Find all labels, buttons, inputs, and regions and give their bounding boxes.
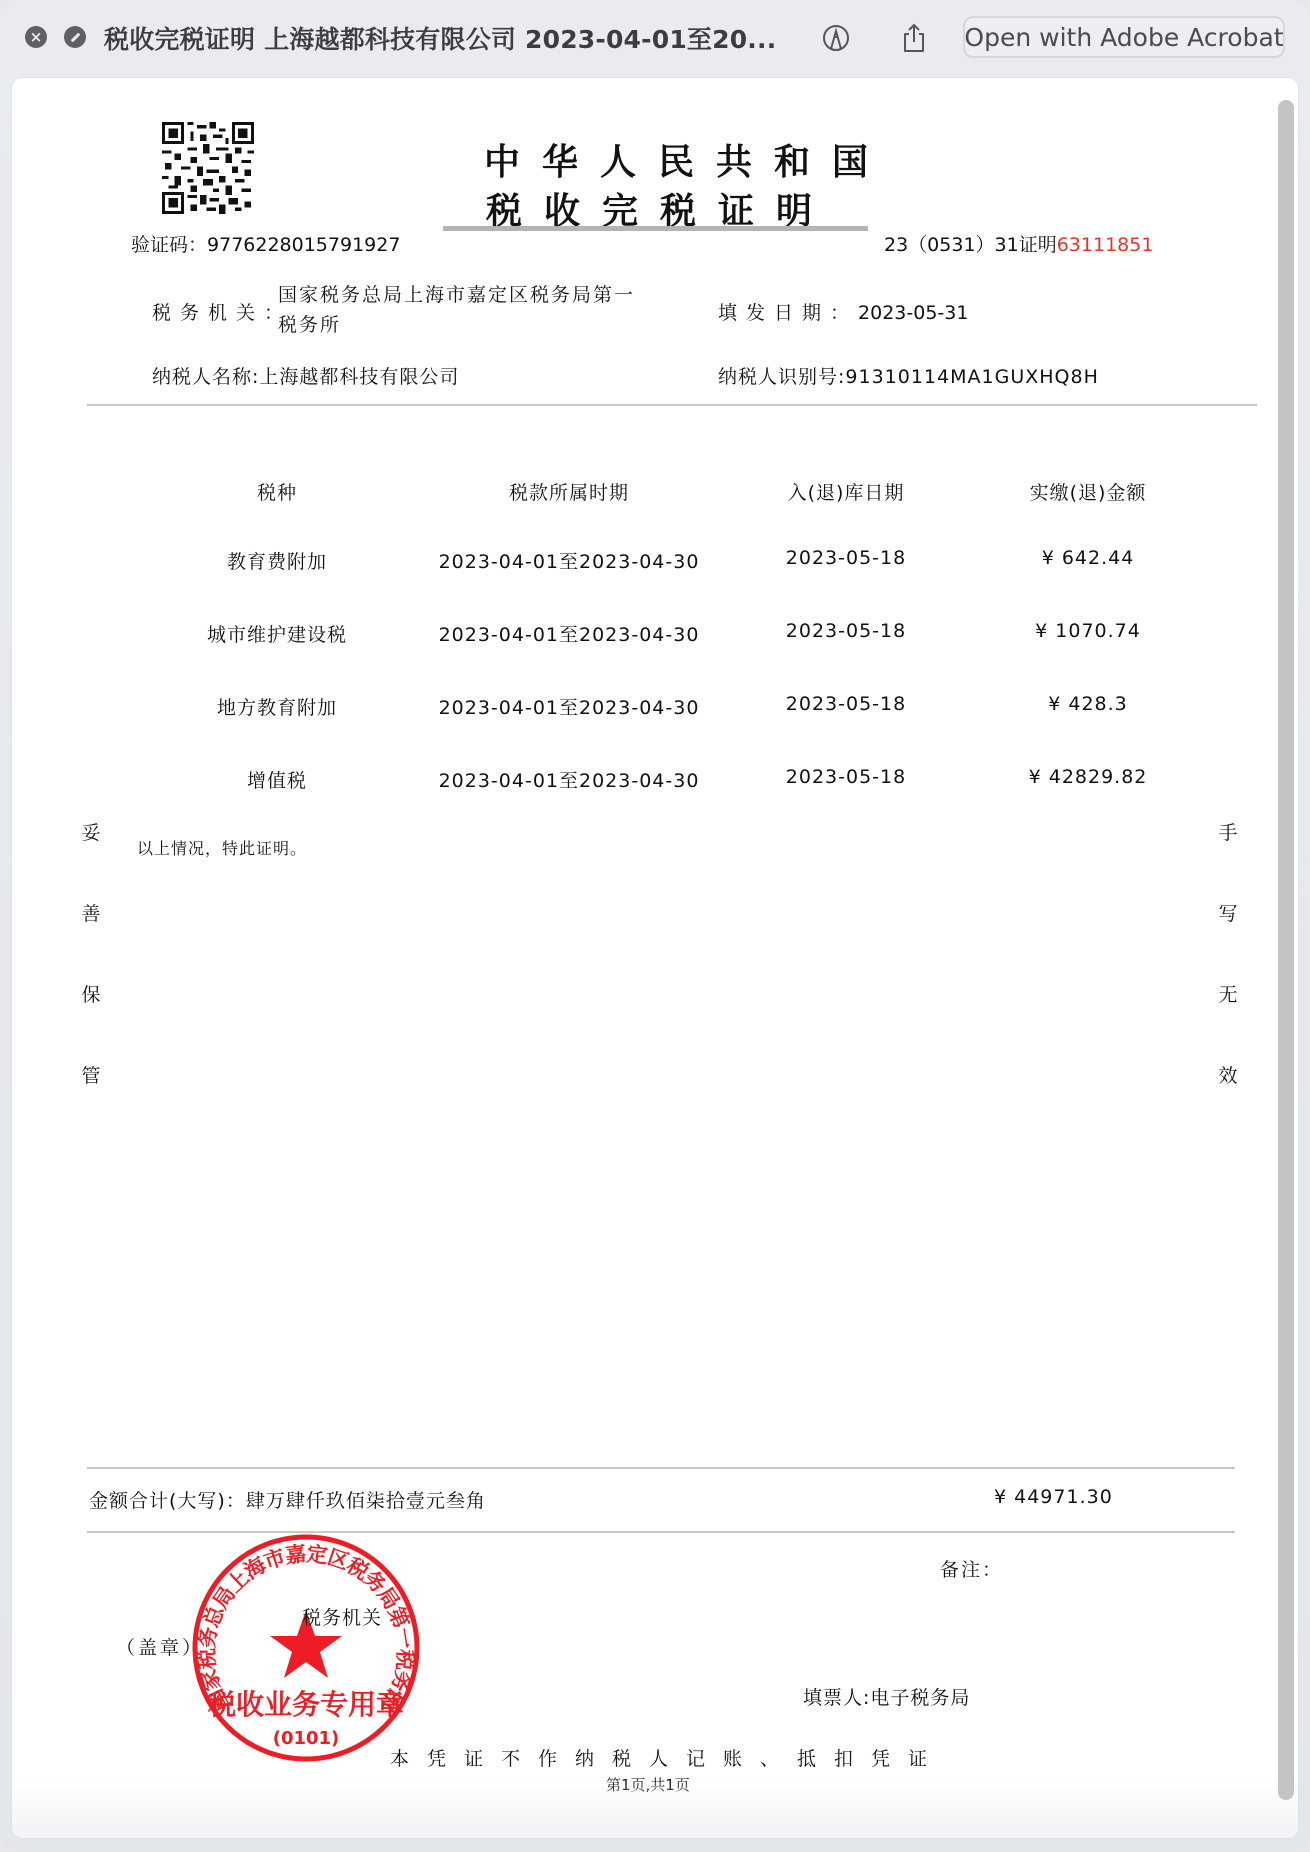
official-seal-stamp: 国家税务总局上海市嘉定区税务局第一税务所 税收业务专用章 (0101) [190, 1532, 422, 1764]
toolbar: × 税收完税证明 上海越都科技有限公司 2023-04-01至20... Ope… [0, 0, 1310, 76]
taxpayer-name-value: 上海越都科技有限公司 [259, 366, 459, 388]
taxpayer-name: 纳税人名称:上海越都科技有限公司 [152, 362, 459, 389]
verify-code: 验证码：9776228015791927 [131, 230, 400, 257]
side-char: 手 [1218, 818, 1237, 845]
taxpayer-name-label: 纳税人名称: [152, 366, 259, 388]
verify-value: 9776228015791927 [207, 234, 400, 256]
taxpayer-id-value: 91310114MA1GUXHQ8H [845, 366, 1098, 388]
taxpayer-id: 纳税人识别号:91310114MA1GUXHQ8H [718, 362, 1099, 389]
total-amount: ¥ 44971.30 [994, 1486, 1113, 1508]
table-cell-tax-period: 2023-04-01至2023-04-30 [439, 620, 700, 647]
table-cell-tax-type: 城市维护建设税 [207, 620, 347, 647]
table-cell-storage-date: 2023-05-18 [786, 693, 906, 715]
markup-icon[interactable] [820, 22, 852, 54]
verify-label: 验证码： [131, 234, 207, 256]
table-cell-tax-type: 地方教育附加 [217, 693, 337, 720]
side-char: 无 [1218, 980, 1237, 1007]
preview-window: × 税收完税证明 上海越都科技有限公司 2023-04-01至20... Ope… [0, 0, 1310, 1852]
remark-label: 备注： [940, 1555, 1003, 1582]
side-char: 效 [1218, 1061, 1237, 1088]
issue-date: 填发日期：2023-05-31 [718, 298, 968, 325]
side-char: 善 [81, 899, 100, 926]
column-header-tax-type: 税种 [257, 478, 297, 505]
column-header-tax-period: 税款所属时期 [509, 478, 629, 505]
table-cell-paid-amount: ¥ 42829.82 [1029, 766, 1148, 788]
divider [87, 1467, 1235, 1469]
table-cell-storage-date: 2023-05-18 [786, 620, 906, 642]
issuer-value: 电子税务局 [870, 1687, 970, 1709]
side-char: 保 [81, 980, 100, 1007]
divider [87, 404, 1257, 406]
tax-office-value: 国家税务总局上海市嘉定区税务局第一税务所 [278, 280, 648, 340]
not-for-bookkeeping-notice: 本凭证不作纳税人记账、抵扣凭证 [390, 1744, 945, 1771]
certification-statement: 以上情况，特此证明。 [137, 836, 307, 859]
vertical-scrollbar[interactable] [1278, 100, 1294, 1800]
page-bottom-fade [12, 1778, 1298, 1838]
open-with-acrobat-button[interactable]: Open with Adobe Acrobat [963, 16, 1285, 58]
share-icon[interactable] [898, 22, 930, 54]
table-cell-tax-period: 2023-04-01至2023-04-30 [439, 766, 700, 793]
total-in-words: 金额合计(大写)：肆万肆仟玖佰柒拾壹元叁角 [89, 1486, 486, 1513]
certificate-number: 23（0531）31证明63111851 [884, 230, 1153, 257]
qr-code-icon [162, 122, 254, 214]
hide-icon[interactable] [64, 26, 86, 48]
table-cell-tax-type: 教育费附加 [227, 547, 327, 574]
title-underline [443, 226, 868, 231]
column-header-paid-amount: 实缴(退)金额 [1030, 478, 1147, 505]
taxpayer-id-label: 纳税人识别号: [718, 366, 845, 388]
document-title-country: 中华人民共和国 [484, 134, 890, 185]
table-cell-tax-period: 2023-04-01至2023-04-30 [439, 547, 700, 574]
svg-text:(0101): (0101) [273, 1728, 340, 1749]
side-char: 写 [1218, 899, 1237, 926]
column-header-storage-date: 入(退)库日期 [788, 478, 905, 505]
table-cell-storage-date: 2023-05-18 [786, 766, 906, 788]
issue-date-value: 2023-05-31 [858, 302, 968, 324]
issuer-label: 填票人: [803, 1687, 870, 1709]
issuer: 填票人:电子税务局 [803, 1683, 970, 1710]
table-cell-paid-amount: ¥ 642.44 [1042, 547, 1135, 569]
table-cell-tax-type: 增值税 [247, 766, 307, 793]
cert-prefix: 23（0531）31证明 [884, 234, 1057, 256]
table-cell-paid-amount: ¥ 428.3 [1048, 693, 1128, 715]
svg-text:税收业务专用章: 税收业务专用章 [207, 1688, 404, 1721]
table-cell-storage-date: 2023-05-18 [786, 547, 906, 569]
table-cell-paid-amount: ¥ 1070.74 [1035, 620, 1141, 642]
tax-office-label: 税务机关： [152, 298, 292, 325]
total-label: 金额合计(大写)： [89, 1490, 246, 1512]
total-words-value: 肆万肆仟玖佰柒拾壹元叁角 [246, 1490, 486, 1512]
issue-date-label: 填发日期： [718, 302, 858, 324]
table-cell-tax-period: 2023-04-01至2023-04-30 [439, 693, 700, 720]
tax-office-signature: 税务机关 [302, 1603, 382, 1630]
cert-serial: 63111851 [1057, 234, 1154, 256]
close-icon[interactable]: × [25, 26, 47, 48]
pdf-page: 中华人民共和国 税收完税证明 验证码：9776228015791927 23（0… [12, 78, 1298, 1838]
window-title: 税收完税证明 上海越都科技有限公司 2023-04-01至20... [104, 20, 776, 56]
side-char: 妥 [81, 818, 100, 845]
side-char: 管 [81, 1061, 100, 1088]
